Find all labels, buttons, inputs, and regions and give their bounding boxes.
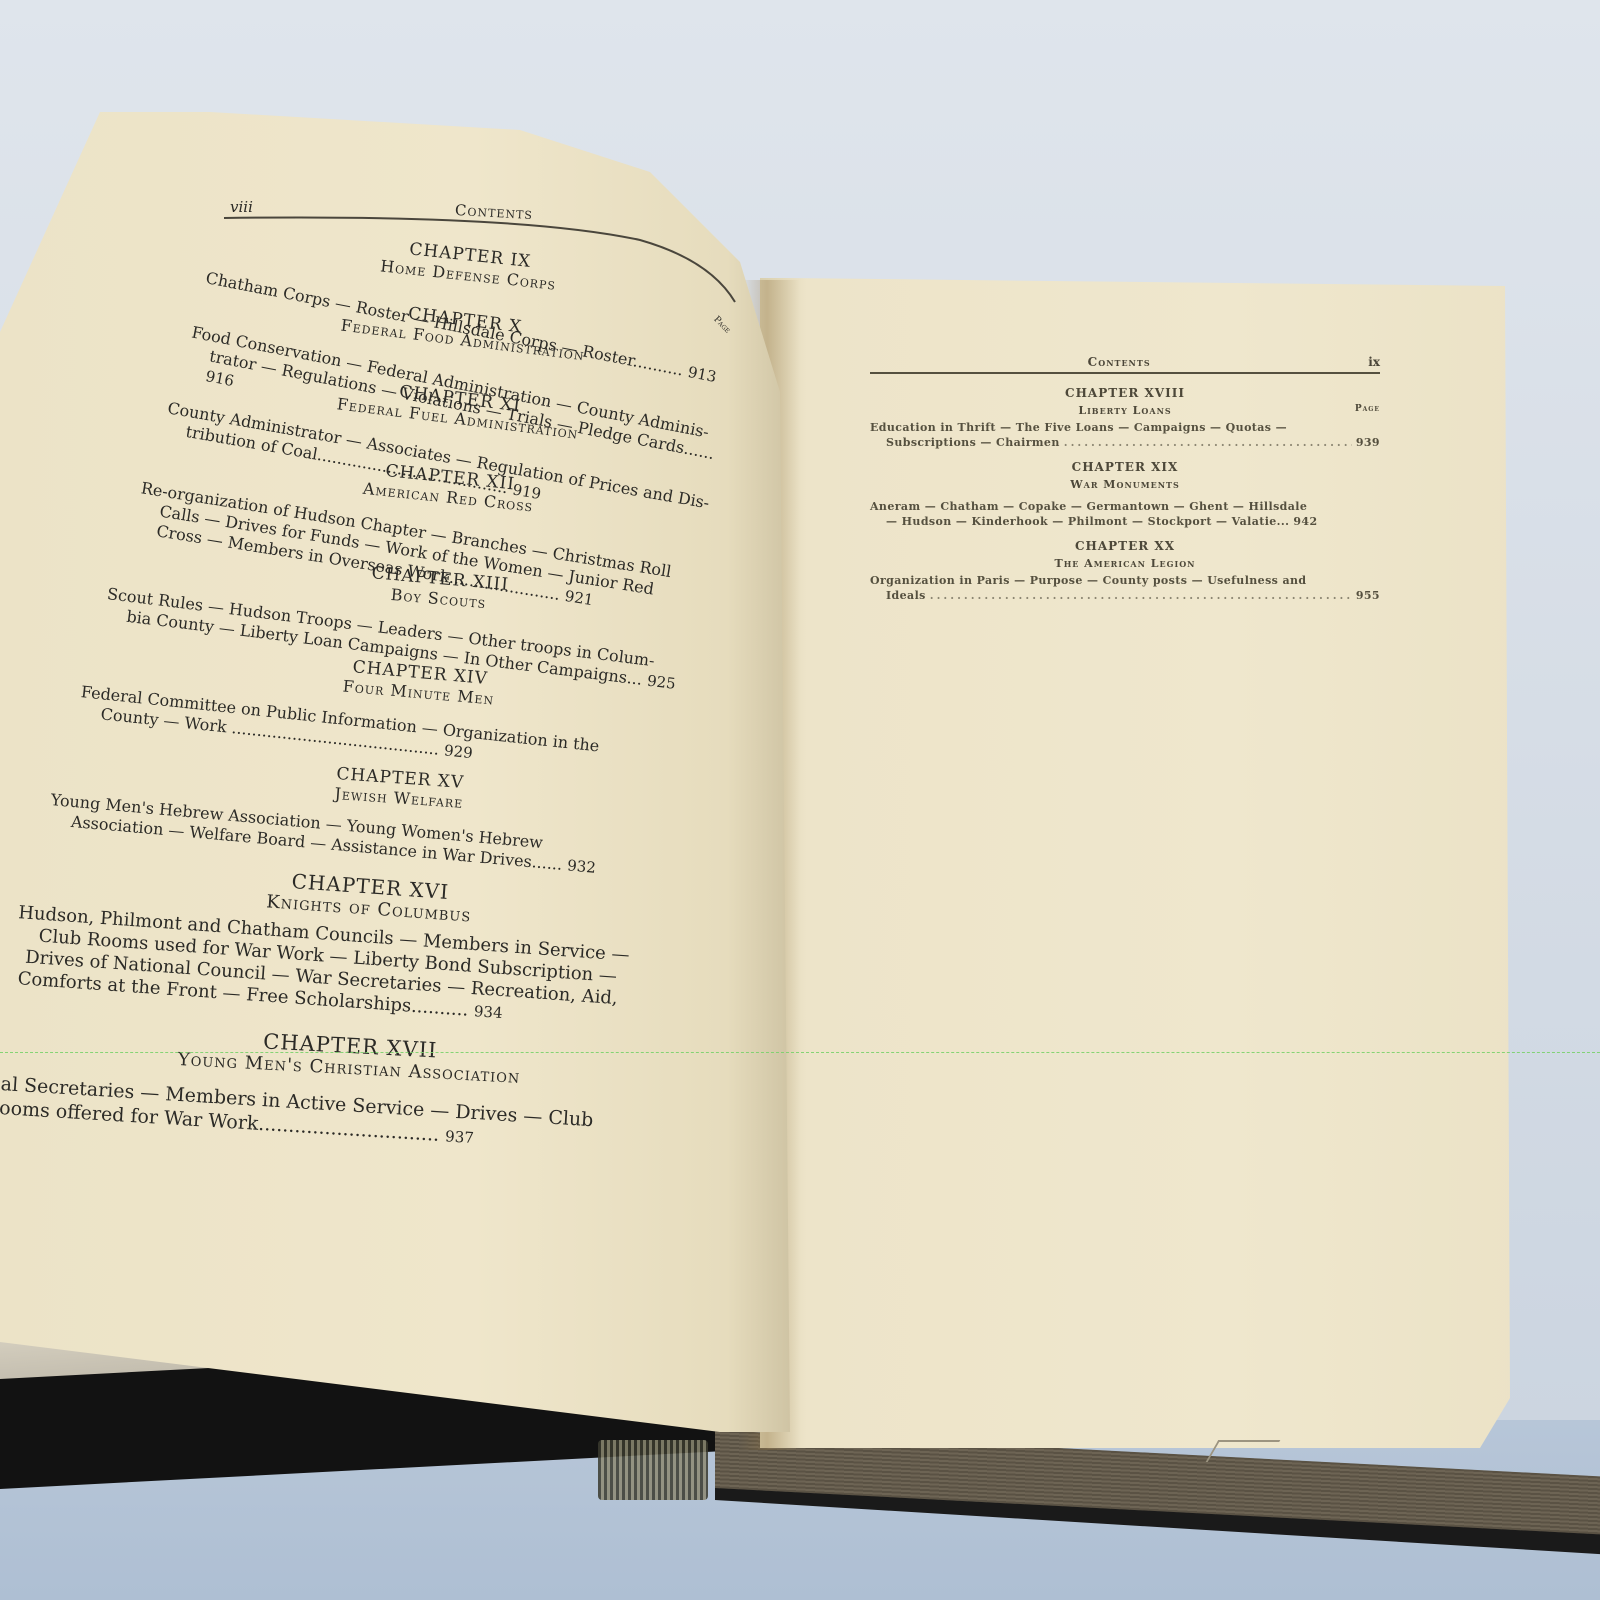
description-line-with-page: — Hudson — Kinderhook — Philmont — Stock… bbox=[870, 514, 1380, 529]
leader-dots: ... bbox=[626, 668, 643, 689]
page-number: 913 bbox=[686, 363, 718, 386]
page-number: 942 bbox=[1293, 514, 1317, 529]
running-head: Contents ix bbox=[870, 355, 1380, 374]
chapter-description: Organization in Paris — Purpose — County… bbox=[870, 573, 1380, 603]
chapter-title-text: Liberty Loans bbox=[1078, 404, 1171, 417]
page-number: 932 bbox=[566, 856, 596, 876]
page-column-label: Page bbox=[711, 315, 732, 336]
page-number: 925 bbox=[646, 672, 677, 693]
folio: ix bbox=[1368, 355, 1380, 369]
chapter-title: The American Legion bbox=[870, 557, 1380, 570]
toc-entry: CHAPTER XIX War Monuments Aneram — Chath… bbox=[870, 460, 1380, 529]
chapter-number: CHAPTER XX bbox=[870, 539, 1380, 553]
toc-entry: CHAPTER XVIII Liberty Loans Page Educati… bbox=[870, 386, 1380, 450]
running-head-title: Contents bbox=[870, 355, 1368, 369]
description-line: Subscriptions — Chairmen bbox=[886, 435, 1060, 450]
page-number: 916 bbox=[204, 367, 236, 390]
right-page-toc: Contents ix CHAPTER XVIII Liberty Loans … bbox=[870, 355, 1380, 603]
leader-dots: .......... bbox=[631, 351, 685, 379]
description-line: Education in Thrift — The Five Loans — C… bbox=[870, 420, 1380, 435]
description-line: Aneram — Chatham — Copake — Germantown —… bbox=[870, 499, 1380, 514]
chapter-number: CHAPTER XVIII bbox=[870, 386, 1380, 400]
toc-entry: CHAPTER XV Jewish Welfare bbox=[249, 758, 551, 818]
torn-spine bbox=[598, 1440, 708, 1500]
chapter-number: CHAPTER XIX bbox=[870, 460, 1380, 474]
leader-dots: ........................................… bbox=[930, 588, 1352, 603]
chapter-title: Liberty Loans Page bbox=[870, 404, 1380, 417]
page-number: 929 bbox=[443, 741, 473, 762]
toc-entry: CHAPTER XX The American Legion Organizat… bbox=[870, 539, 1380, 603]
leader-dots: .......... bbox=[410, 996, 469, 1021]
chapter-description: Hudson, Philmont and Chatham Councils — … bbox=[13, 902, 678, 1036]
chapter-description: Education in Thrift — The Five Loans — C… bbox=[870, 420, 1380, 450]
left-page-toc: viii Contents Page CHAPTER IX Home Defen… bbox=[0, 0, 790, 1320]
page-tear bbox=[1206, 1440, 1281, 1462]
description-line-with-page: Subscriptions — Chairmen ...............… bbox=[870, 435, 1380, 450]
page-number: 939 bbox=[1356, 435, 1380, 450]
guide-line bbox=[0, 1052, 1600, 1053]
chapter-description: Aneram — Chatham — Copake — Germantown —… bbox=[870, 499, 1380, 529]
chapter-title: War Monuments bbox=[870, 478, 1380, 491]
chapter-description: al Secretaries — Members in Active Servi… bbox=[0, 1072, 650, 1161]
description-line: — Hudson — Kinderhook — Philmont — Stock… bbox=[886, 514, 1289, 529]
page-number: 934 bbox=[473, 1002, 503, 1022]
page-column-label: Page bbox=[1355, 404, 1380, 414]
toc-entry: CHAPTER XVII Young Men's Christian Assoc… bbox=[159, 1024, 541, 1089]
description-line: Ideals bbox=[886, 588, 926, 603]
description-line-with-page: Ideals .................................… bbox=[870, 588, 1380, 603]
leader-dots: ........................................… bbox=[1064, 435, 1352, 450]
page-number: 937 bbox=[445, 1127, 475, 1147]
leader-dots: ...... bbox=[531, 852, 563, 874]
description-line: Organization in Paris — Purpose — County… bbox=[870, 573, 1380, 588]
page-number: 955 bbox=[1356, 588, 1380, 603]
